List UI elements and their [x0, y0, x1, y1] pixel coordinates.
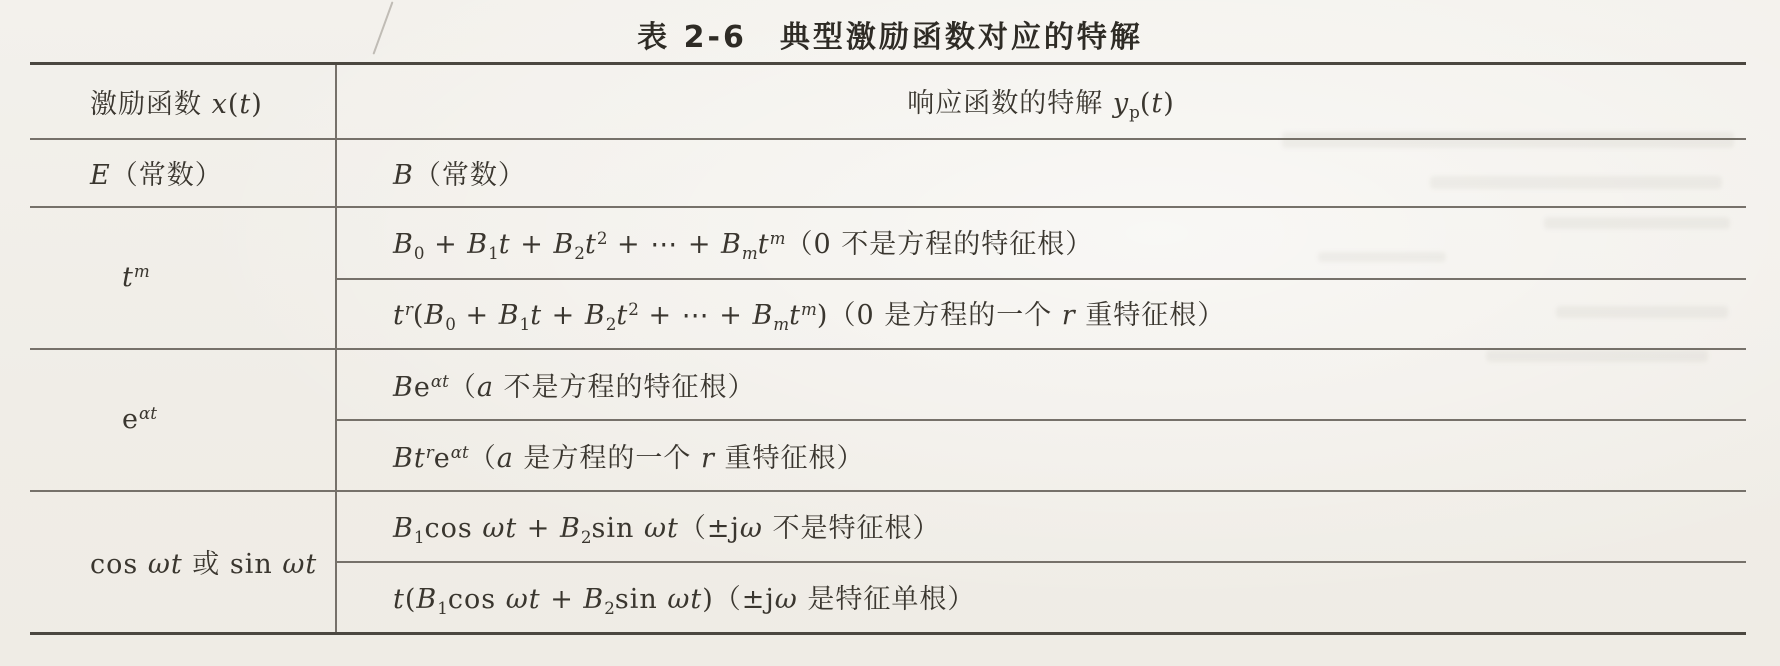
- excitation-cell: tm: [30, 207, 336, 349]
- table-row: E（常数） B（常数）: [30, 139, 1746, 207]
- scan-bleed-artifact: [1544, 217, 1730, 229]
- excitation-column-header: 激励函数 x(t): [30, 64, 336, 139]
- solution-cell: B（常数）: [336, 139, 1746, 207]
- scan-bleed-artifact: [1282, 132, 1734, 148]
- scan-bleed-artifact: [1430, 176, 1722, 189]
- solution-cell: B1cos ωt + B2sin ωt（±jω 不是特征根）: [336, 491, 1746, 562]
- solution-cell: t(B1cos ωt + B2sin ωt)（±jω 是特征单根）: [336, 562, 1746, 634]
- solution-cell: B0 + B1t + B2t2 + ⋯ + Bmtm（0 不是方程的特征根）: [336, 207, 1746, 279]
- solution-cell: tr(B0 + B1t + B2t2 + ⋯ + Bmtm)（0 是方程的一个 …: [336, 279, 1746, 349]
- header-row: 激励函数 x(t) 响应函数的特解 yp(t): [30, 64, 1746, 139]
- table-row: tm B0 + B1t + B2t2 + ⋯ + Bmtm（0 不是方程的特征根…: [30, 207, 1746, 279]
- table-row: cos ωt 或 sin ωt B1cos ωt + B2sin ωt（±jω …: [30, 491, 1746, 562]
- excitation-cell: eαt: [30, 349, 336, 491]
- scanned-textbook-page: 表 2-6 典型激励函数对应的特解 激励函数 x(t) 响应函数的特解 yp(t…: [0, 0, 1780, 666]
- response-column-header: 响应函数的特解 yp(t): [336, 64, 1746, 139]
- table-caption: 表 2-6 典型激励函数对应的特解: [0, 12, 1780, 56]
- excitation-cell: cos ωt 或 sin ωt: [30, 491, 336, 634]
- scan-bleed-artifact: [1318, 252, 1446, 262]
- excitation-cell: E（常数）: [30, 139, 336, 207]
- scan-bleed-artifact: [1486, 350, 1708, 362]
- solution-cell: Btreαt（a 是方程的一个 r 重特征根）: [336, 420, 1746, 491]
- scan-bleed-artifact: [1556, 306, 1728, 318]
